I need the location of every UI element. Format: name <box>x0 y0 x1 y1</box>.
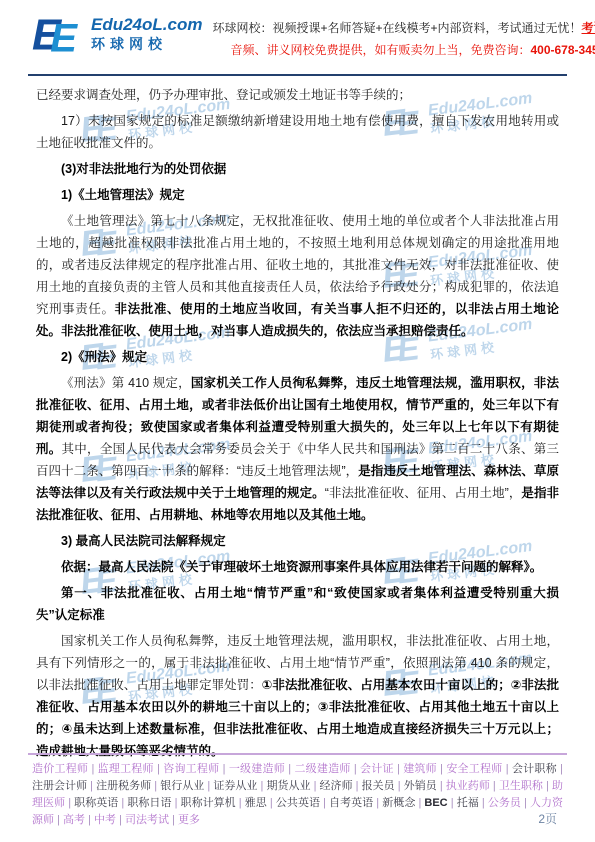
footer-link[interactable]: 中考 <box>94 814 116 826</box>
footer-separator: | <box>437 780 446 792</box>
footer-separator: | <box>236 797 245 809</box>
footer-separator: | <box>118 797 127 809</box>
paragraph: 已经要求调查处理，仍予办理审批、登记或颁发土地证书等手续的； <box>36 84 559 106</box>
paragraph: 2)《刑法》规定 <box>36 346 559 368</box>
footer-link[interactable]: 证券从业 <box>213 780 257 792</box>
paragraph-bold-text: 3) 最高人民法院司法解释规定 <box>61 534 226 548</box>
footer-link[interactable]: 注册会计师 <box>32 780 87 792</box>
document-body: 已经要求调查处理，仍予办理审批、登记或颁发土地证书等手续的；17）未按国家规定的… <box>36 84 559 766</box>
footer-link[interactable]: 二级建造师 <box>294 763 350 775</box>
footer-link[interactable]: BEC <box>424 797 447 809</box>
hotline-number: 400-678-3456 转 601 <box>530 43 595 57</box>
footer-link[interactable]: 托福 <box>457 797 479 809</box>
edu24ol-logo: E E Edu24oL.com 环球网校 <box>32 12 202 56</box>
footer-link[interactable]: 司法考试 <box>125 814 169 826</box>
footer-separator: | <box>54 814 63 826</box>
footer-separator: | <box>320 797 329 809</box>
header-slogan: 环球网校：视频授课+名师答疑+在线模考+内部资料，考试通过无忧！考试问吧，有问必… <box>212 18 595 60</box>
footer-link[interactable]: 会计职称 <box>512 763 557 775</box>
footer-separator: | <box>437 763 446 775</box>
footer-separator: | <box>65 797 74 809</box>
footer-separator: | <box>311 780 320 792</box>
footer-link[interactable]: 更多 <box>178 814 200 826</box>
edu24ol-logo-icon: E E <box>32 12 86 56</box>
footer-link[interactable]: 监理工程师 <box>98 763 154 775</box>
paragraph: (3)对非法批地行为的处罚依据 <box>36 158 559 180</box>
paragraph: 《刑法》第 410 规定，国家机关工作人员徇私舞弊，违反土地管理法规，滥用职权，… <box>36 372 559 526</box>
footer-separator: | <box>373 797 382 809</box>
footer-link[interactable]: 外销员 <box>404 780 437 792</box>
paragraph-text: “非法批准征收、征用、占用土地”， <box>325 486 522 500</box>
footer-separator: | <box>116 814 125 826</box>
footer-link[interactable]: 期货从业 <box>266 780 310 792</box>
footer-separator: | <box>353 780 362 792</box>
footer-link[interactable]: 新概念 <box>382 797 415 809</box>
footer-separator: | <box>151 780 160 792</box>
paragraph-bold-text: (3)对非法批地行为的处罚依据 <box>61 162 226 176</box>
footer-separator: | <box>169 814 178 826</box>
footer-link[interactable]: 职称英语 <box>74 797 118 809</box>
paragraph-bold-text: 依据：最高人民法院《关于审理破坏土地资源刑事案件具体应用法律若干问题的解释》。 <box>61 560 542 574</box>
footer-link[interactable]: 会计证 <box>360 763 394 775</box>
footer-link[interactable]: 安全工程师 <box>446 763 502 775</box>
document-page: EEEdu24oL.com环球网校EEEdu24oL.com环球网校EEEdu2… <box>0 0 595 842</box>
paragraph-text: 已经要求调查处理，仍予办理审批、登记或颁发土地证书等手续的； <box>36 88 411 102</box>
paragraph: 17）未按国家规定的标准足额缴纳新增建设用地土地有偿使用费，擅自下发农用地转用或… <box>36 110 559 154</box>
paragraph: 1)《土地管理法》规定 <box>36 184 559 206</box>
footer-separator: | <box>543 780 552 792</box>
footer-separator: | <box>87 780 96 792</box>
footer-link[interactable]: 造价工程师 <box>32 763 88 775</box>
paragraph-text: 《土地管理法》第七十八条规定，无权批准征收、使用土地的单位或者个人非法批准占用土… <box>36 214 559 316</box>
paragraph: 《土地管理法》第七十八条规定，无权批准征收、使用土地的单位或者个人非法批准占用土… <box>36 210 559 342</box>
page-number: 2页 <box>538 810 557 827</box>
footer-link[interactable]: 执业药师 <box>446 780 490 792</box>
footer-separator: | <box>503 763 512 775</box>
paragraph-bold-text: 2)《刑法》规定 <box>61 350 147 364</box>
footer-link[interactable]: 雅思 <box>245 797 267 809</box>
footer-separator: | <box>219 763 228 775</box>
paragraph-bold-text: 非法批准、使用的土地应当收回，有关当事人拒不归还的，以非法占用土地论处。非法批准… <box>36 302 559 338</box>
footer-separator: | <box>394 763 403 775</box>
footer-link[interactable]: 自考英语 <box>329 797 373 809</box>
paragraph: 3) 最高人民法院司法解释规定 <box>36 530 559 552</box>
footer-link[interactable]: 建筑师 <box>403 763 437 775</box>
footer-separator: | <box>154 763 163 775</box>
footer-link[interactable]: 高考 <box>63 814 85 826</box>
paragraph-bold-text: 1)《土地管理法》规定 <box>61 188 185 202</box>
tagline-link[interactable]: 考试问吧，有问必答 <box>582 21 595 35</box>
header: E E Edu24oL.com 环球网校 环球网校：视频授课+名师答疑+在线模考… <box>0 0 595 76</box>
footer-separator: | <box>88 763 97 775</box>
footer-links: 造价工程师 | 监理工程师 | 咨询工程师 | 一级建造师 | 二级建造师 | … <box>28 753 567 829</box>
footer-link[interactable]: 经济师 <box>320 780 353 792</box>
footer-separator: | <box>521 797 530 809</box>
footer-link[interactable]: 一级建造师 <box>229 763 285 775</box>
footer-separator: | <box>204 780 213 792</box>
footer-separator: | <box>557 763 563 775</box>
paragraph: 第一、非法批准征收、占用土地“情节严重”和“致使国家或者集体利益遭受特别重大损失… <box>36 582 559 626</box>
footer-link[interactable]: 注册税务师 <box>96 780 151 792</box>
footer-separator: | <box>171 797 180 809</box>
logo-school-text: 环球网校 <box>91 37 202 52</box>
logo-brand-text: Edu24oL.com <box>91 16 202 34</box>
footer-separator: | <box>267 797 276 809</box>
hotline-text: 音频、讲义网校免费提供，如有贩卖勿上当，免费咨询： <box>230 43 530 57</box>
footer-separator: | <box>490 780 499 792</box>
footer-link[interactable]: 公务员 <box>488 797 521 809</box>
paragraph-text: 《刑法》第 410 规定， <box>61 376 191 390</box>
paragraph-bold-text: 第一、非法批准征收、占用土地“情节严重”和“致使国家或者集体利益遭受特别重大损失… <box>36 586 559 622</box>
footer-link[interactable]: 报关员 <box>362 780 395 792</box>
footer-separator: | <box>395 780 404 792</box>
footer-link[interactable]: 公共英语 <box>276 797 320 809</box>
paragraph-text: 17）未按国家规定的标准足额缴纳新增建设用地土地有偿使用费，擅自下发农用地转用或… <box>36 114 559 150</box>
footer-link[interactable]: 职称日语 <box>127 797 171 809</box>
footer-separator: | <box>448 797 457 809</box>
tagline-text: 环球网校：视频授课+名师答疑+在线模考+内部资料，考试通过无忧！ <box>212 21 581 35</box>
paragraph: 依据：最高人民法院《关于审理破坏土地资源刑事案件具体应用法律若干问题的解释》。 <box>36 556 559 578</box>
footer-separator: | <box>351 763 360 775</box>
footer-link[interactable]: 卫生职称 <box>499 780 543 792</box>
footer-separator: | <box>85 814 94 826</box>
footer-link[interactable]: 银行从业 <box>160 780 204 792</box>
paragraph: 国家机关工作人员徇私舞弊，违反土地管理法规，滥用职权，非法批准征收、占用土地，具… <box>36 630 559 762</box>
svg-text:E: E <box>50 16 78 56</box>
footer-separator: | <box>479 797 488 809</box>
footer-link[interactable]: 咨询工程师 <box>163 763 219 775</box>
footer-link[interactable]: 职称计算机 <box>181 797 236 809</box>
header-divider <box>28 74 567 76</box>
